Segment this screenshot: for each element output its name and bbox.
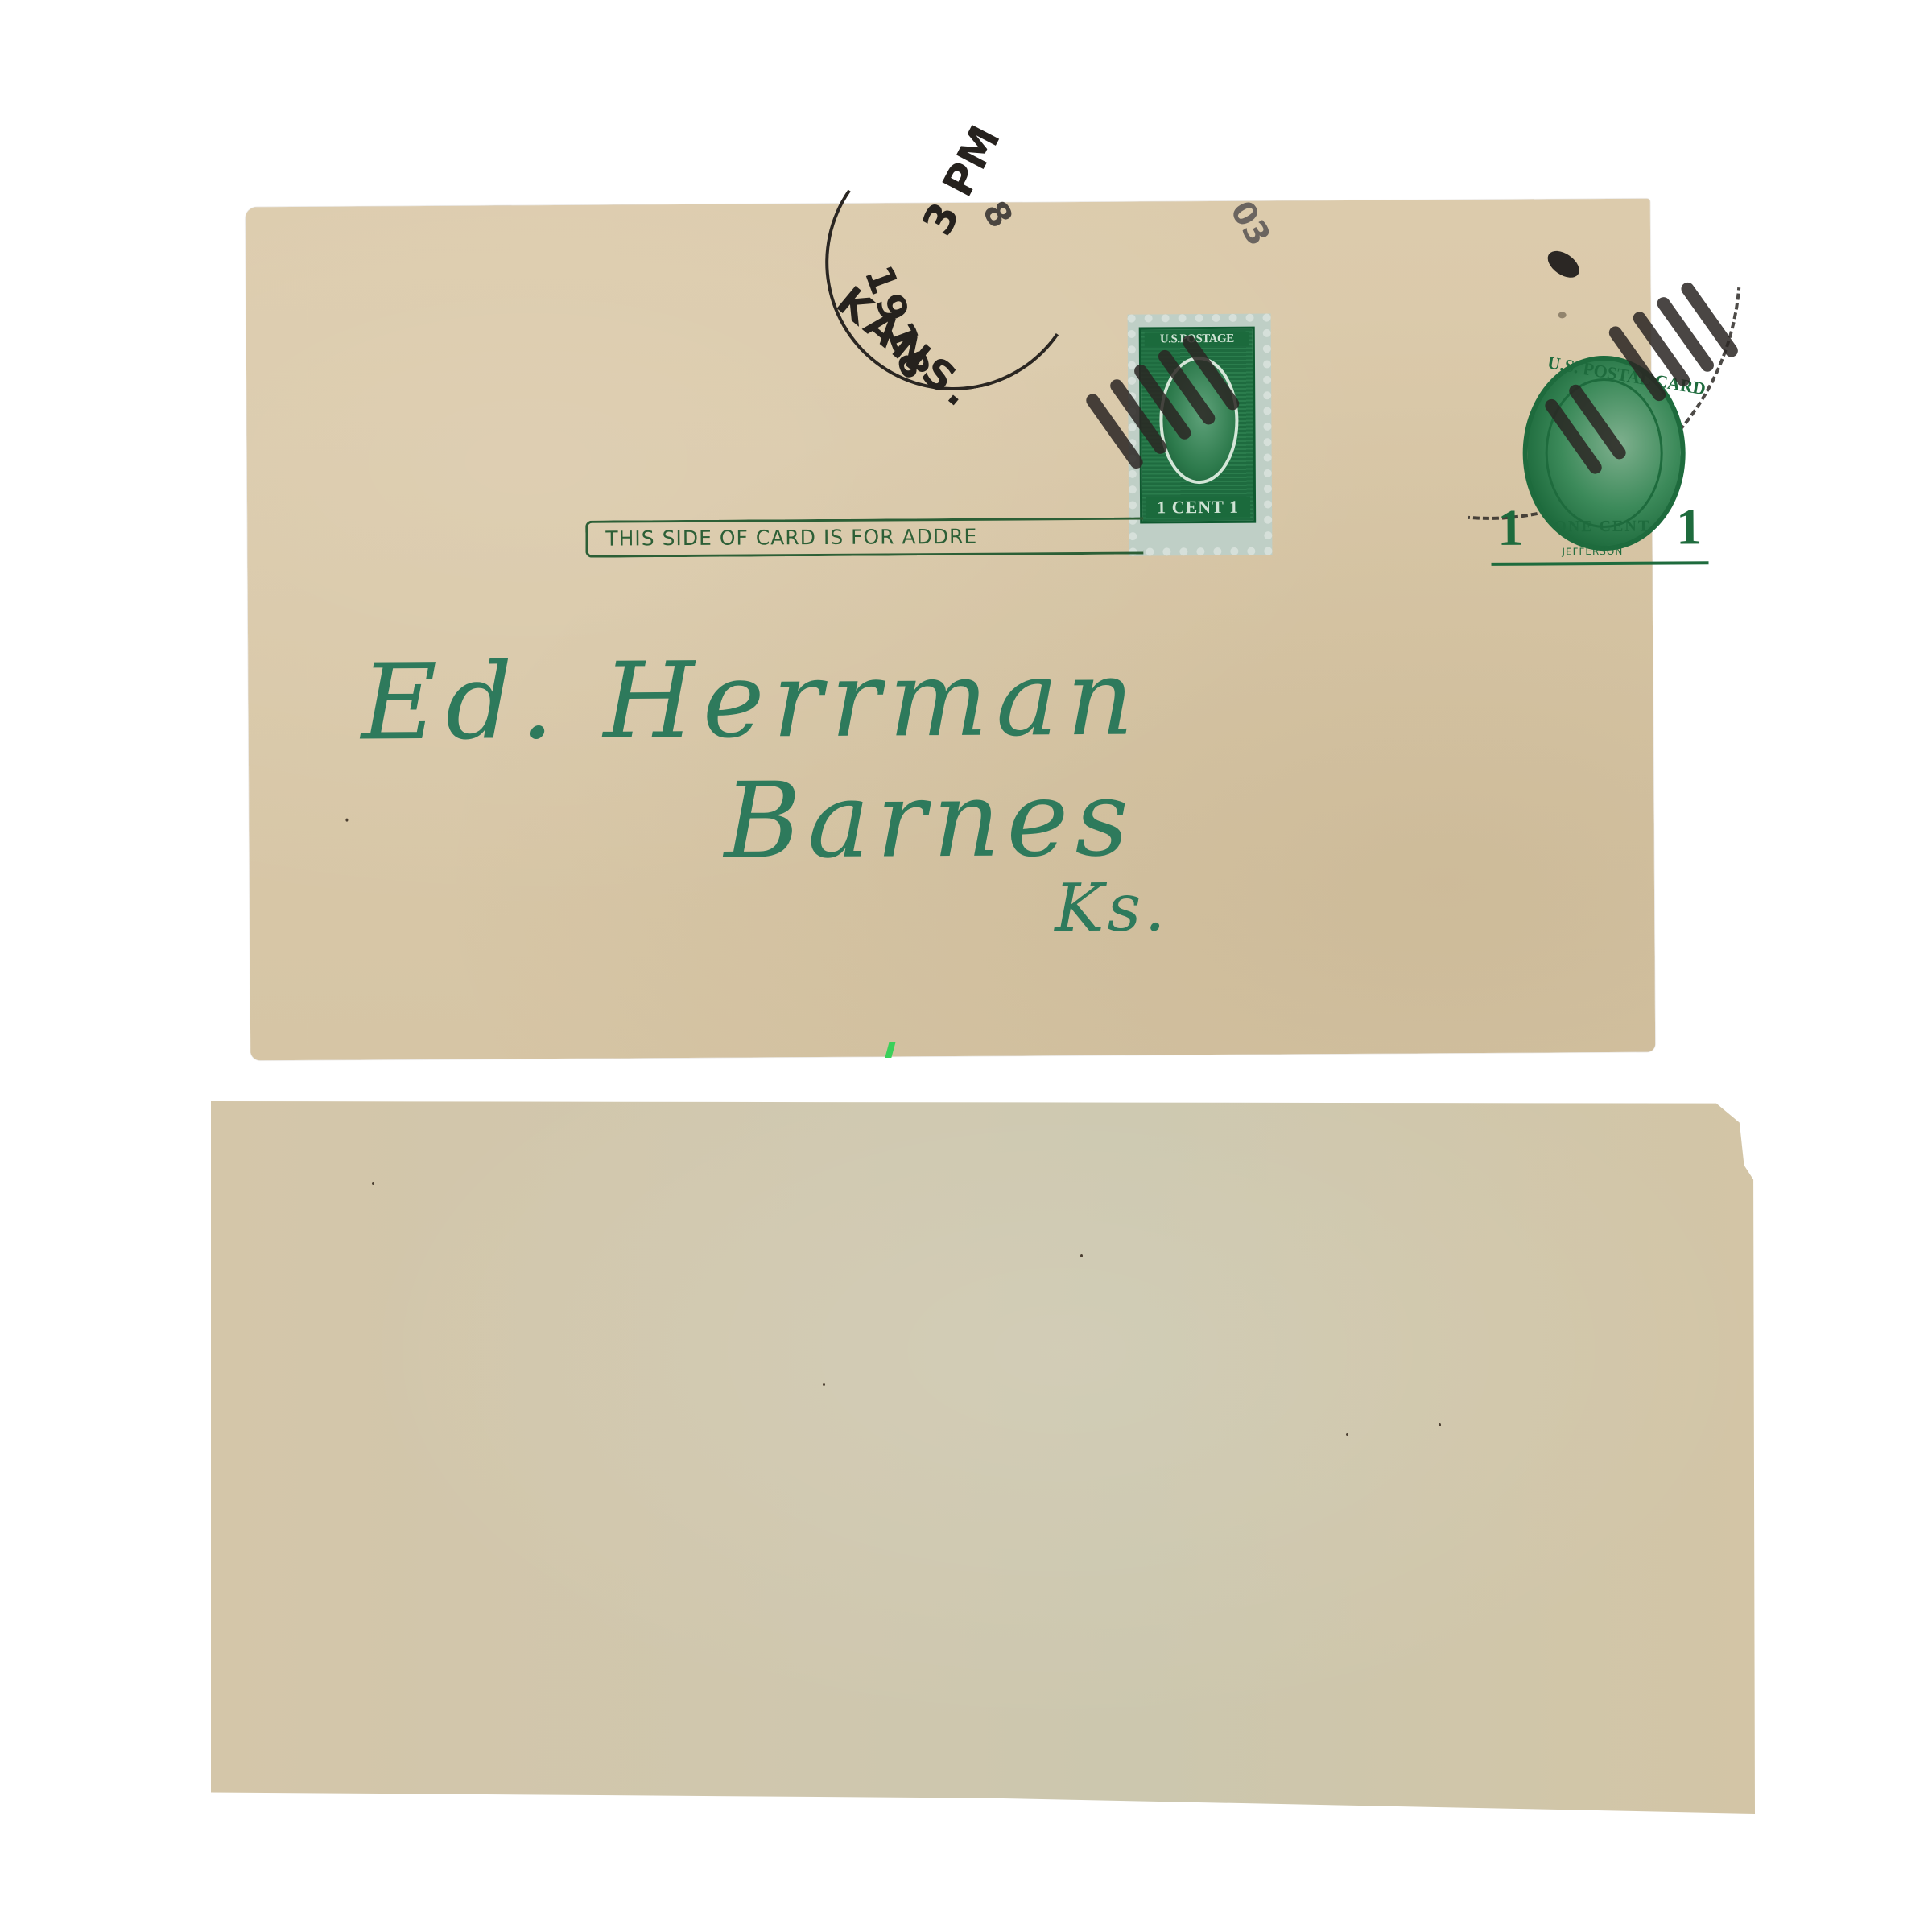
- address-banner: THIS SIDE OF CARD IS FOR ADDRE: [585, 518, 1143, 558]
- postcard-front: 8 3 PM 1918 KANS. 03 U.S.POSTAGE 1 CENT …: [246, 199, 1655, 1061]
- indicium-value-left: 1: [1497, 498, 1523, 558]
- postcard-back: [211, 1101, 1755, 1814]
- photo-stage: 8 3 PM 1918 KANS. 03 U.S.POSTAGE 1 CENT …: [0, 0, 1932, 1932]
- handwritten-recipient-name: Ed. Herrman: [361, 637, 1142, 764]
- handwritten-state: Ks.: [1055, 869, 1169, 947]
- indicium-denomination: ONE CENT: [1554, 518, 1650, 537]
- handwritten-city: Barnes: [724, 758, 1135, 882]
- address-banner-text: THIS SIDE OF CARD IS FOR ADDRE: [605, 525, 977, 551]
- indicium-value-right: 1: [1676, 497, 1702, 556]
- printed-indicium-jefferson: U.S. POSTAL CARD 1 1 ONE CENT JEFFERSON: [1490, 355, 1709, 566]
- indicium-portrait-name: JEFFERSON: [1562, 546, 1623, 557]
- stamp-bottom-text: 1 CENT 1: [1146, 497, 1250, 518]
